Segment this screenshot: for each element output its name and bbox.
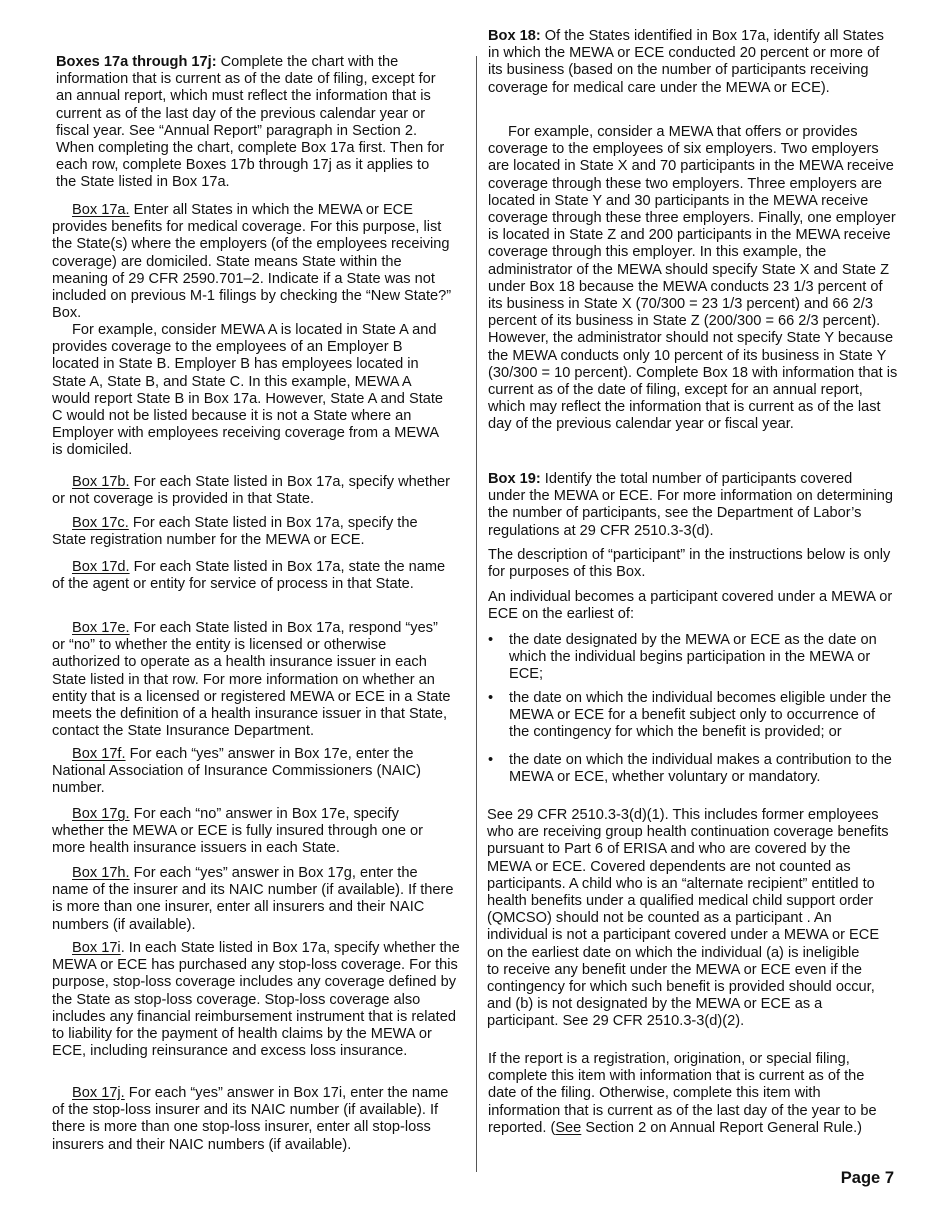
box-17b-label: Box 17b. (72, 474, 130, 490)
box-17f-paragraph: Box 17f. For each “yes” answer in Box 17… (52, 746, 452, 798)
filing-period-paragraph: If the report is a registration, origina… (488, 1051, 893, 1137)
list-item: the date designated by the MEWA or ECE a… (488, 632, 896, 684)
box-17e-paragraph: Box 17e. For each State listed in Box 17… (52, 620, 454, 740)
box-17j-paragraph: Box 17j. For each “yes” answer in Box 17… (52, 1085, 462, 1154)
page-number: Page 7 (841, 1170, 894, 1187)
box-17b-paragraph: Box 17b. For each State listed in Box 17… (52, 474, 452, 508)
column-divider (476, 56, 477, 1172)
box-17c-paragraph: Box 17c. For each State listed in Box 17… (52, 515, 452, 549)
box-17i-paragraph: Box 17i. In each State listed in Box 17a… (52, 940, 460, 1060)
boxes-17a-17j-intro: Boxes 17a through 17j: Complete the char… (56, 54, 448, 192)
participant-description-note: The description of “participant” in the … (488, 547, 893, 581)
box-17j-label: Box 17j. (72, 1085, 125, 1101)
see-link: See (555, 1120, 581, 1136)
box-19-paragraph: Box 19: Identify the total number of par… (488, 471, 893, 540)
box-17h-label: Box 17h. (72, 865, 130, 881)
list-item: the date on which the individual becomes… (488, 690, 896, 742)
intro-heading: Boxes 17a through 17j: (56, 54, 217, 70)
box-17g-label: Box 17g. (72, 806, 130, 822)
participant-criteria-list: the date designated by the MEWA or ECE a… (488, 632, 896, 787)
box-17d-label: Box 17d. (72, 559, 130, 575)
box-17e-label: Box 17e. (72, 620, 130, 636)
box-18-heading: Box 18: (488, 28, 541, 44)
box-18-paragraph: Box 18: Of the States identified in Box … (488, 28, 893, 97)
earliest-of-intro: An individual becomes a participant cove… (488, 589, 893, 623)
box-17f-label: Box 17f. (72, 746, 126, 762)
cfr-reference-paragraph: See 29 CFR 2510.3-3(d)(1). This includes… (487, 807, 892, 1031)
box-17h-paragraph: Box 17h. For each “yes” answer in Box 17… (52, 865, 454, 934)
list-item: the date on which the individual makes a… (488, 752, 896, 786)
box-17a-example: For example, consider MEWA A is located … (52, 322, 452, 460)
box-17c-label: Box 17c. (72, 515, 129, 531)
box-17a-paragraph: Box 17a. Enter all States in which the M… (52, 202, 452, 322)
box-17g-paragraph: Box 17g. For each “no” answer in Box 17e… (52, 806, 454, 858)
box-17i-label: Box 17i (72, 940, 121, 956)
box-17a-label: Box 17a. (72, 202, 130, 218)
box-18-example: For example, consider a MEWA that offers… (488, 124, 898, 434)
box-19-heading: Box 19: (488, 471, 541, 487)
box-17d-paragraph: Box 17d. For each State listed in Box 17… (52, 559, 452, 593)
